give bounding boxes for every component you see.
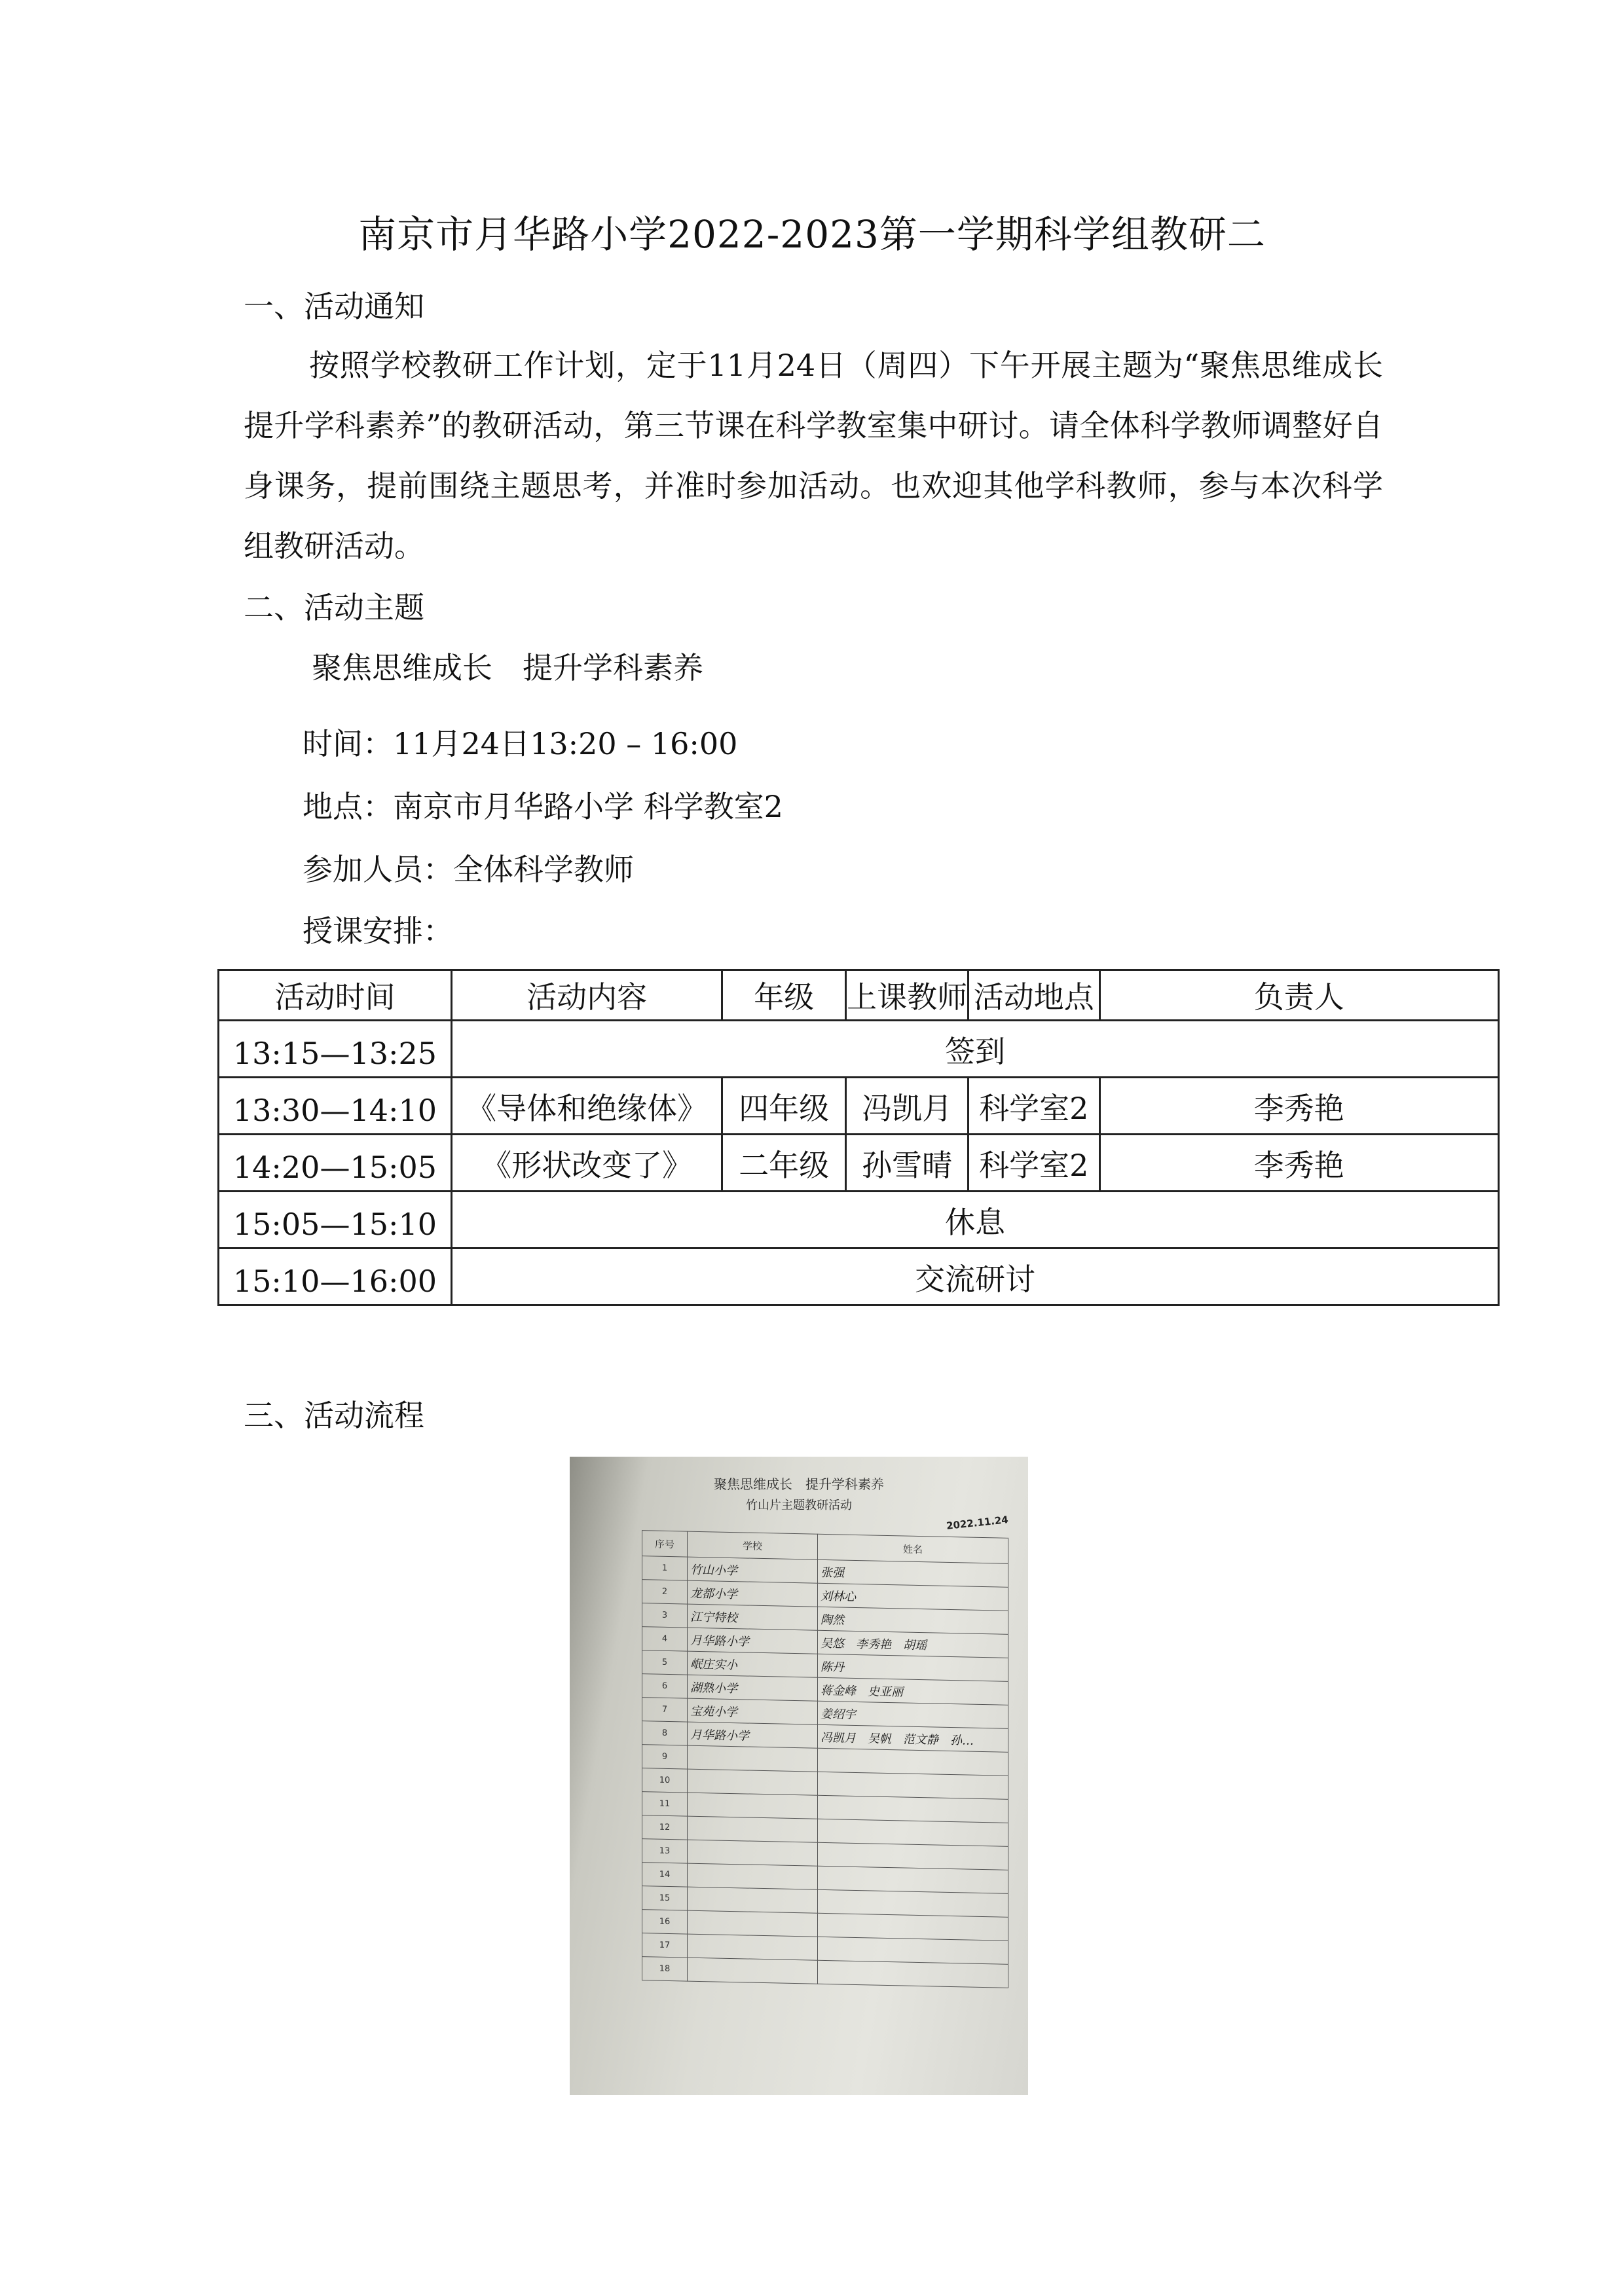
schedule-header-row: 活动时间 活动内容 年级 上课教师 活动地点 负责人: [219, 970, 1499, 1021]
names-cell: [818, 1772, 1008, 1799]
row-number: 5: [642, 1650, 688, 1675]
school-cell: [688, 1745, 818, 1772]
table-row: 15:10—16:00 交流研讨: [219, 1248, 1499, 1305]
row-number: 18: [642, 1957, 688, 1981]
row-number: 11: [642, 1792, 688, 1816]
place-cell: 科学室2: [969, 1078, 1099, 1135]
school-cell: 宝苑小学: [688, 1698, 818, 1724]
names-cell: 陶然: [818, 1607, 1008, 1634]
grade-cell: 四年级: [722, 1078, 846, 1135]
row-number: 12: [642, 1815, 688, 1840]
owner-cell: 李秀艳: [1099, 1078, 1498, 1135]
school-cell: 岷庄实小: [688, 1651, 818, 1677]
school-cell: 龙都小学: [688, 1580, 818, 1607]
owner-cell: 李秀艳: [1099, 1135, 1498, 1192]
names-cell: 刘林心: [818, 1583, 1008, 1611]
names-cell: 姜绍宇: [818, 1701, 1008, 1728]
names-cell: 张强: [818, 1559, 1008, 1587]
header-cell: 活动内容: [451, 970, 722, 1021]
photo-title-line1: 聚焦思维成长 提升学科素养: [570, 1474, 1028, 1493]
row-number: 9: [642, 1745, 688, 1769]
table-row: 13:30—14:10 《导体和绝缘体》 四年级 冯凯月 科学室2 李秀艳: [219, 1078, 1499, 1135]
names-cell: [818, 1913, 1008, 1941]
place-cell: 科学室2: [969, 1135, 1099, 1192]
time-cell: 14:20—15:05: [219, 1135, 452, 1192]
table-row: 15:05—15:10 休息: [219, 1192, 1499, 1248]
header-cell: 序号: [642, 1531, 688, 1557]
theme-text: 聚焦思维成长 提升学科素养: [312, 648, 703, 687]
school-cell: [688, 1934, 818, 1960]
names-cell: [818, 1937, 1008, 1964]
names-cell: 蒋金峰 史亚丽: [818, 1677, 1008, 1705]
place-line: 地点：南京市月华路小学 科学教室2: [303, 787, 783, 826]
school-cell: 月华路小学: [688, 1628, 818, 1654]
table-row: 13:15—13:25 签到: [219, 1021, 1499, 1078]
content-cell: 《形状改变了》: [451, 1135, 722, 1192]
sign-in-table: 序号 学校 姓名 1竹山小学张强 2龙都小学刘林心 3江宁特校陶然 4月华路小学…: [642, 1530, 1008, 1988]
schedule-table: 活动时间 活动内容 年级 上课教师 活动地点 负责人 13:15—13:25 签…: [217, 969, 1500, 1306]
row-number: 3: [642, 1603, 688, 1628]
names-cell: [818, 1960, 1008, 1988]
header-cell: 上课教师: [846, 970, 969, 1021]
row-number: 2: [642, 1580, 688, 1604]
row-number: 14: [642, 1863, 688, 1887]
names-cell: [818, 1748, 1008, 1776]
header-cell: 活动地点: [969, 970, 1099, 1021]
time-cell: 15:10—16:00: [219, 1248, 452, 1305]
merged-activity-cell: 交流研讨: [451, 1248, 1498, 1305]
merged-activity-cell: 休息: [451, 1192, 1498, 1248]
school-cell: [688, 1816, 818, 1842]
row-number: 4: [642, 1627, 688, 1651]
school-cell: 湖熟小学: [688, 1675, 818, 1701]
names-cell: [818, 1889, 1008, 1917]
participants-line: 参加人员：全体科学教师: [303, 850, 634, 889]
time-cell: 13:15—13:25: [219, 1021, 452, 1078]
school-cell: [688, 1840, 818, 1866]
school-cell: [688, 1910, 818, 1937]
time-line: 时间：11月24日13:20 – 16:00: [303, 724, 737, 763]
document-title: 南京市月华路小学2022-2023第一学期科学组教研二: [0, 208, 1624, 261]
names-cell: 陈丹: [818, 1654, 1008, 1681]
teacher-cell: 冯凯月: [846, 1078, 969, 1135]
table-row: 14:20—15:05 《形状改变了》 二年级 孙雪晴 科学室2 李秀艳: [219, 1135, 1499, 1192]
content-cell: 《导体和绝缘体》: [451, 1078, 722, 1135]
names-cell: 吴悠 李秀艳 胡瑶: [818, 1630, 1008, 1658]
row-number: 7: [642, 1698, 688, 1722]
row-number: 13: [642, 1839, 688, 1863]
photo-date: 2022.11.24: [946, 1514, 1008, 1532]
notice-paragraph: 按照学校教研工作计划，定于11月24日（周四）下午开展主题为“聚焦思维成长 提升…: [244, 335, 1383, 576]
school-cell: 江宁特校: [688, 1604, 818, 1630]
row-number: 16: [642, 1910, 688, 1934]
names-cell: [818, 1819, 1008, 1846]
header-cell: 活动时间: [219, 970, 452, 1021]
school-cell: [688, 1887, 818, 1913]
schedule-label: 授课安排：: [303, 911, 453, 951]
school-cell: 竹山小学: [688, 1557, 818, 1583]
row-number: 17: [642, 1933, 688, 1958]
grade-cell: 二年级: [722, 1135, 846, 1192]
header-cell: 年级: [722, 970, 846, 1021]
row-number: 8: [642, 1721, 688, 1745]
photo-title-line2: 竹山片主题教研活动: [570, 1496, 1028, 1513]
section-theme-heading: 二、活动主题: [244, 588, 424, 627]
names-cell: 冯凯月 吴帆 范文静 孙…: [818, 1724, 1008, 1752]
row-number: 6: [642, 1674, 688, 1698]
school-cell: [688, 1769, 818, 1795]
school-cell: 月华路小学: [688, 1722, 818, 1748]
teacher-cell: 孙雪晴: [846, 1135, 969, 1192]
section-process-heading: 三、活动流程: [244, 1396, 424, 1435]
header-cell: 负责人: [1099, 970, 1498, 1021]
time-cell: 15:05—15:10: [219, 1192, 452, 1248]
section-notice-heading: 一、活动通知: [244, 287, 424, 326]
row-number: 15: [642, 1886, 688, 1910]
row-number: 1: [642, 1556, 688, 1580]
row-number: 10: [642, 1768, 688, 1793]
header-cell: 学校: [688, 1531, 818, 1559]
merged-activity-cell: 签到: [451, 1021, 1498, 1078]
school-cell: [688, 1793, 818, 1819]
school-cell: [688, 1958, 818, 1984]
time-cell: 13:30—14:10: [219, 1078, 452, 1135]
names-cell: [818, 1842, 1008, 1870]
sign-in-sheet-photo: 聚焦思维成长 提升学科素养 竹山片主题教研活动 2022.11.24 序号 学校…: [570, 1457, 1028, 2095]
names-cell: [818, 1795, 1008, 1823]
school-cell: [688, 1863, 818, 1889]
header-cell: 姓名: [818, 1534, 1008, 1563]
names-cell: [818, 1866, 1008, 1893]
